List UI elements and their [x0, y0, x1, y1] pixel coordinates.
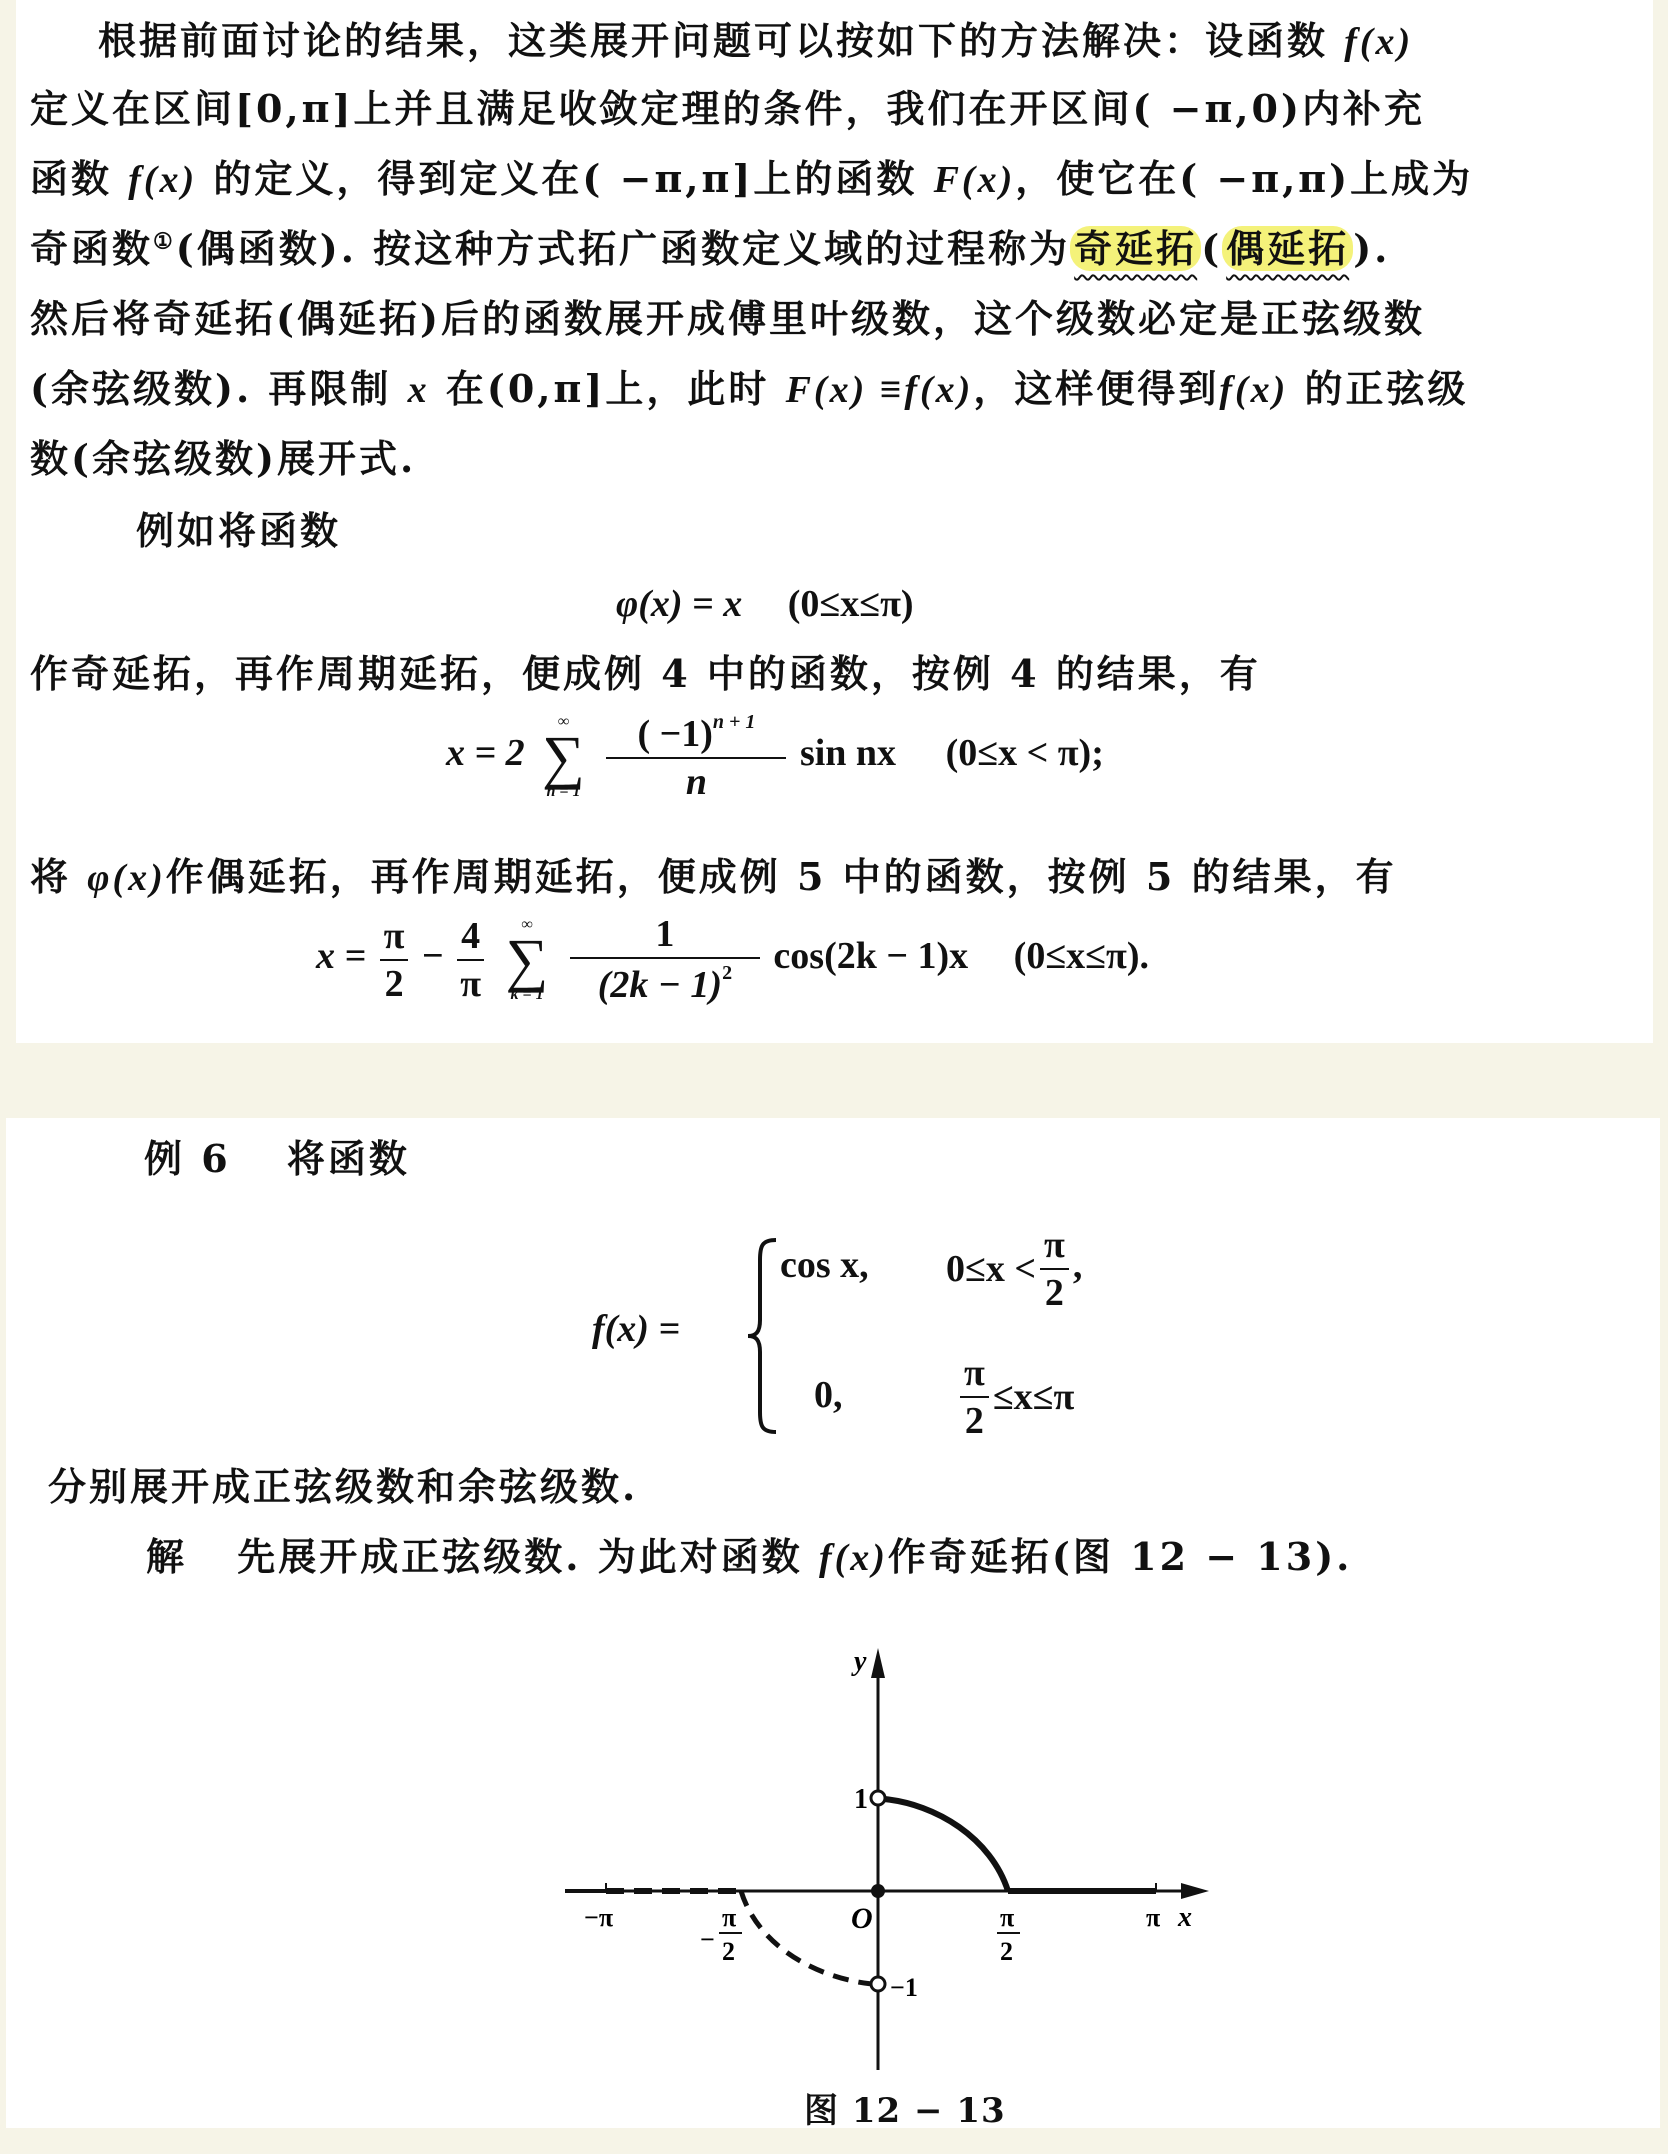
- sine-lhs: x = 2: [446, 732, 525, 774]
- fraction: ( −1)n + 1 n: [606, 712, 786, 801]
- x-tick-pi: π: [1146, 1903, 1160, 1932]
- sum-lower: k = 1: [506, 987, 549, 1003]
- phi-condition: (0≤x≤π): [788, 583, 914, 625]
- cosine-series-equation: x = π 2 − 4 π ∞ ∑ k = 1 1 (2k − 1)2 cos(…: [316, 915, 1149, 1004]
- para1-line-4: 奇函数①(偶函数). 按这种方式拓广函数定义域的过程称为奇延拓(偶延拓).: [30, 230, 1390, 268]
- x-tick-minus-pi: −π: [584, 1903, 613, 1932]
- text: 将: [30, 854, 87, 899]
- curve-cos-solid: [884, 1799, 1008, 1891]
- denominator: π: [457, 961, 484, 1003]
- exponent: n + 1: [713, 711, 756, 733]
- svg-text:2: 2: [1000, 1937, 1013, 1966]
- para1-line-7: 数(余弦级数)展开式.: [30, 440, 416, 478]
- text: 的正弦级: [1288, 366, 1468, 411]
- math-phi: φ(x): [87, 857, 166, 899]
- minus-sign: −: [422, 935, 444, 977]
- figure-12-13-graph: y 1 −1 −π − π 2 O π 2 π x: [6, 1118, 1660, 2128]
- example-intro: 例如将函数: [136, 512, 341, 550]
- para1-line-3: 函数 f(x) 的定义，得到定义在( −π,π]上的函数 F(x)，使它在( −…: [30, 160, 1473, 199]
- x-axis-arrow-icon: [1181, 1883, 1209, 1899]
- para1-line-2: 定义在区间[0,π]上并且满足收敛定理的条件，我们在开区间( −π,0)内补充: [30, 90, 1425, 128]
- text: ，这样便得到: [973, 366, 1219, 411]
- y-tick-minus1: −1: [890, 1973, 918, 2002]
- phi-lhs: φ(x) = x: [616, 583, 742, 625]
- highlight-odd-extension[interactable]: 奇延拓: [1070, 226, 1201, 271]
- text: ，使它在( −π,π)上成为: [1015, 156, 1473, 201]
- text: (余弦级数). 再限制: [30, 366, 408, 411]
- math-x: x: [408, 369, 430, 411]
- numerator: 4: [457, 917, 484, 961]
- text: 奇函数: [30, 226, 153, 271]
- text: 作偶延拓，再作周期延拓，便成例 5 中的函数，按例 5 的结果，有: [166, 854, 1397, 899]
- svg-text:2: 2: [722, 1937, 735, 1966]
- y-axis-arrow-icon: [871, 1648, 885, 1678]
- x-tick-minus-pi-over-2-num: π: [722, 1903, 736, 1932]
- fraction-4-over-pi: 4 π: [457, 917, 484, 1003]
- x-tick-pi-over-2-num: π: [1000, 1903, 1014, 1932]
- para1-line-1: 根据前面讨论的结果，这类展开问题可以按如下的方法解决：设函数 f(x): [98, 22, 1413, 61]
- page-section-1: 根据前面讨论的结果，这类展开问题可以按如下的方法解决：设函数 f(x) 定义在区…: [16, 0, 1653, 1043]
- highlight-even-extension[interactable]: 偶延拓: [1222, 226, 1353, 271]
- fraction-pi-over-2: π 2: [380, 917, 409, 1003]
- summation: ∞ ∑ k = 1: [506, 917, 549, 1003]
- numerator: 1: [570, 915, 760, 959]
- fraction: 1 (2k − 1)2: [570, 915, 760, 1004]
- sigma-symbol: ∑: [506, 933, 549, 987]
- figure-caption: 图 12 − 13: [804, 2094, 1006, 2128]
- text: 的定义，得到定义在( −π,π]上的函数: [197, 156, 933, 201]
- exponent: 2: [722, 962, 732, 984]
- phi-equation: φ(x) = x (0≤x≤π): [616, 585, 914, 623]
- origin-point: [871, 1884, 885, 1898]
- numerator: π: [380, 917, 409, 961]
- text: 根据前面讨论的结果，这类展开问题可以按如下的方法解决：设函数: [98, 18, 1344, 63]
- math-fx: f(x): [128, 159, 197, 201]
- page-section-2: 例 6 将函数 f(x) = cos x, 0≤x < π 2 , 0, π 2…: [6, 1118, 1660, 2128]
- x-tick-minus-sign: −: [700, 1925, 715, 1954]
- denominator: n: [606, 759, 786, 801]
- para1-line-5: 然后将奇延拓(偶延拓)后的函数展开成傅里叶级数，这个级数必定是正弦级数: [30, 300, 1425, 338]
- odd-extension-text: 作奇延拓，再作周期延拓，便成例 4 中的函数，按例 4 的结果，有: [30, 655, 1261, 693]
- text: 函数: [30, 156, 128, 201]
- footnote-marker[interactable]: ①: [153, 228, 176, 254]
- denominator: (2k − 1): [598, 964, 722, 1006]
- open-point-ym1: [871, 1977, 885, 1991]
- x-axis-label: x: [1177, 1902, 1192, 1933]
- denominator: 2: [380, 961, 409, 1003]
- cos-condition: (0≤x≤π).: [1014, 935, 1149, 977]
- text: ).: [1353, 226, 1390, 271]
- numerator: ( −1): [637, 713, 712, 755]
- cos-term: cos(2k − 1)x: [773, 935, 968, 977]
- text: (偶函数). 按这种方式拓广函数定义域的过程称为: [176, 226, 1070, 271]
- math-Fx: F(x): [934, 159, 1016, 201]
- math-fx: f(x): [1219, 369, 1288, 411]
- open-point-y1: [871, 1791, 885, 1805]
- y-tick-1: 1: [854, 1784, 868, 1815]
- sum-lower: n = 1: [542, 784, 585, 800]
- para1-line-6: (余弦级数). 再限制 x 在(0,π]上，此时 F(x) ≡f(x)，这样便得…: [30, 370, 1469, 409]
- text: 然后将奇延拓(偶延拓)后的函数展开成傅里叶级数，这个级数必定是正弦级数: [30, 296, 1425, 341]
- math-fx: f(x): [1344, 21, 1413, 63]
- cos-lhs: x =: [316, 935, 366, 977]
- sin-term: sin nx: [800, 732, 896, 774]
- sine-condition: (0≤x < π);: [946, 732, 1104, 774]
- math-identity: F(x) ≡f(x): [786, 369, 974, 411]
- text: 定义在区间[0,π]上并且满足收敛定理的条件，我们在开区间( −π,0)内补充: [30, 86, 1425, 131]
- summation: ∞ ∑ n = 1: [542, 714, 585, 800]
- origin-label: O: [851, 1902, 873, 1935]
- text: 在(0,π]上，此时: [430, 366, 786, 411]
- text: (: [1201, 226, 1222, 271]
- y-axis-label: y: [851, 1646, 867, 1677]
- even-extension-text: 将 φ(x)作偶延拓，再作周期延拓，便成例 5 中的函数，按例 5 的结果，有: [30, 858, 1397, 897]
- sine-series-equation: x = 2 ∞ ∑ n = 1 ( −1)n + 1 n sin nx (0≤x…: [446, 712, 1104, 801]
- sigma-symbol: ∑: [542, 730, 585, 784]
- text: 数(余弦级数)展开式.: [30, 436, 416, 481]
